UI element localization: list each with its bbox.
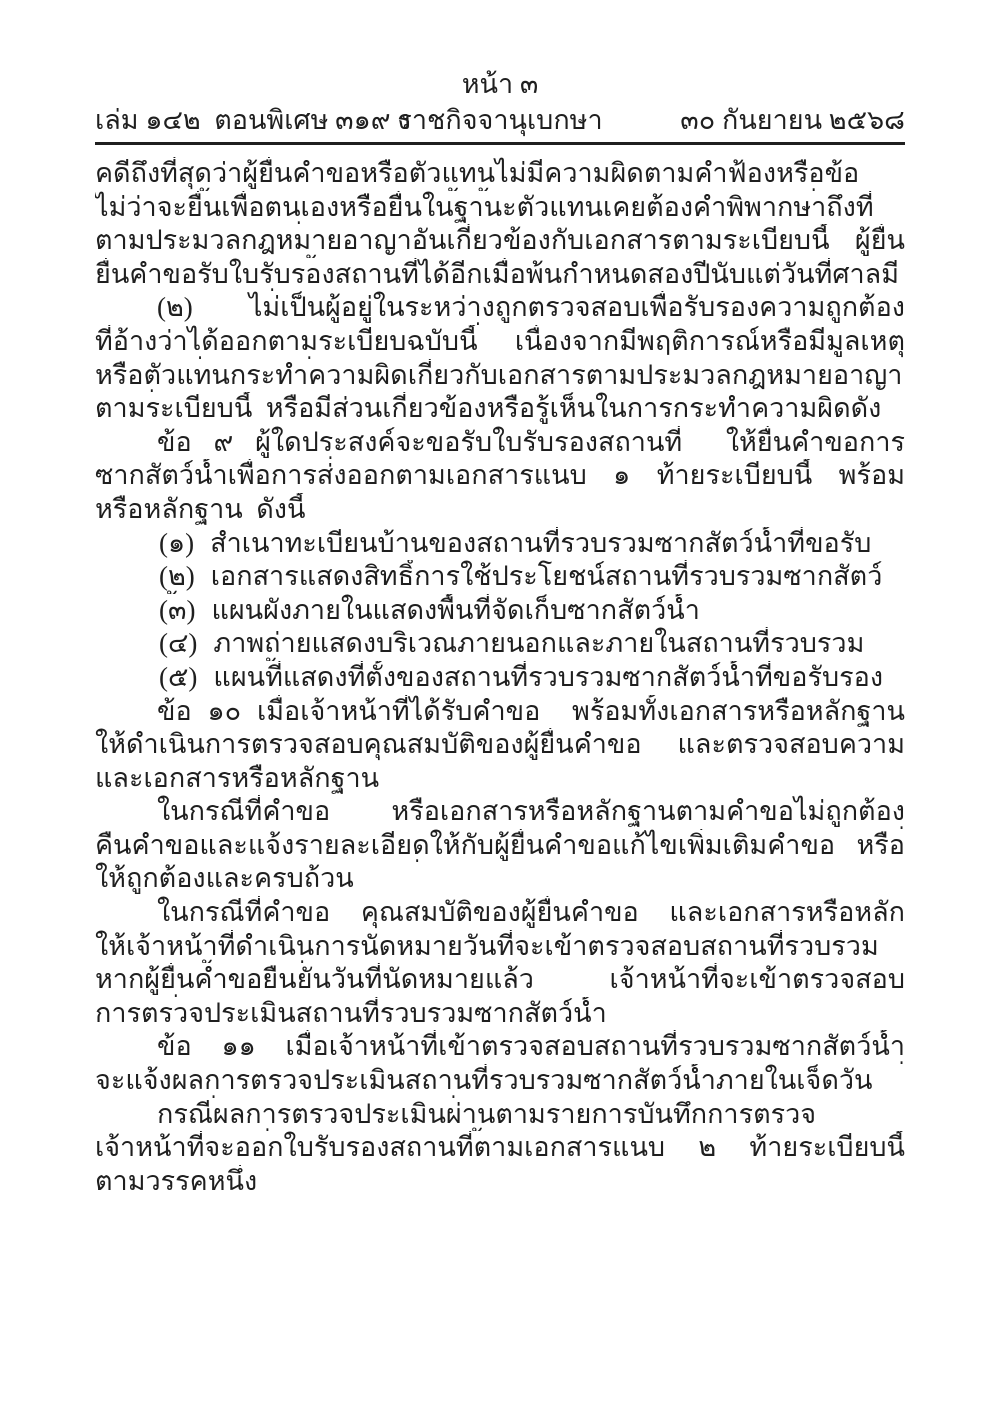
text-line: คืนคำขอและแจ้งรายละเอียดให้กับผู้ยื่นคำข… bbox=[95, 829, 905, 863]
page-content: หน้า ๓ เล่ม ๑๔๒ ตอนพิเศษ ๓๑๙ ง ราชกิจจาน… bbox=[95, 0, 905, 1403]
text-line: ตามวรรคหนึ่ง bbox=[95, 1165, 905, 1199]
list-item: (๑)สำเนาทะเบียนบ้านของสถานที่รวบรวมซากสั… bbox=[95, 527, 905, 561]
list-item-label: (๕) bbox=[159, 661, 197, 695]
text-line: (๔)ภาพถ่ายแสดงบริเวณภายนอกและภายในสถานที… bbox=[95, 627, 905, 661]
text-line: กรณีผลการตรวจประเมินผ่านตามรายการบันทึกก… bbox=[95, 1098, 905, 1132]
text-line: ให้ถูกต้องและครบถ้วน bbox=[95, 862, 905, 896]
text-line: ตามระเบียบนี้ หรือมีส่วนเกี่ยวข้องหรือรู… bbox=[95, 392, 905, 426]
text-line: ในกรณีที่คำขอ หรือเอกสารหรือหลักฐานตามคำ… bbox=[95, 795, 905, 829]
text-line: คดีถึงที่สุดว่าผู้ยื่นคำขอหรือตัวแทนไม่ม… bbox=[95, 157, 905, 191]
masthead-date: ๓๐ กันยายน ๒๕๖๘ bbox=[680, 101, 905, 139]
text-line: จะแจ้งผลการตรวจประเมินสถานที่รวบรวมซากสั… bbox=[95, 1064, 905, 1098]
list-item-text: สำเนาทะเบียนบ้านของสถานที่รวบรวมซากสัตว์… bbox=[159, 528, 871, 561]
list-item-text: แผนผังภายในแสดงพื้นที่จัดเก็บซากสัตว์น้ำ bbox=[211, 595, 699, 625]
list-item: (๒)เอกสารแสดงสิทธิ์การใช้ประโยชน์สถานที่… bbox=[95, 560, 905, 594]
list-item-label: (๓) bbox=[159, 594, 195, 628]
gazette-page: { "document": { "colors": { "background"… bbox=[0, 0, 1000, 1403]
paragraph: กรณีผลการตรวจประเมินผ่านตามรายการบันทึกก… bbox=[95, 1098, 905, 1199]
text-line: (๕)แผนที่แสดงที่ตั้งของสถานที่รวบรวมซากส… bbox=[95, 661, 905, 695]
text-line: และเอกสารหรือหลักฐาน bbox=[95, 762, 905, 796]
paragraph: คดีถึงที่สุดว่าผู้ยื่นคำขอหรือตัวแทนไม่ม… bbox=[95, 157, 905, 291]
page-number: หน้า ๓ bbox=[95, 66, 905, 102]
text-line: (๒) ไม่เป็นผู้อยู่ในระหว่างถูกตรวจสอบเพื… bbox=[95, 291, 905, 325]
text-line: (๒)เอกสารแสดงสิทธิ์การใช้ประโยชน์สถานที่… bbox=[95, 560, 905, 594]
text-line: (๓)แผนผังภายในแสดงพื้นที่จัดเก็บซากสัตว์… bbox=[95, 594, 905, 628]
text-line: หรือหลักฐาน ดังนี้ bbox=[95, 493, 905, 527]
list-item-label: (๔) bbox=[159, 627, 197, 661]
paragraph: ข้อ ๑๑ เมื่อเจ้าหน้าที่เข้าตรวจสอบสถานที… bbox=[95, 1030, 905, 1097]
document-body: คดีถึงที่สุดว่าผู้ยื่นคำขอหรือตัวแทนไม่ม… bbox=[95, 157, 905, 1198]
text-line: ให้ดำเนินการตรวจสอบคุณสมบัติของผู้ยื่นคำ… bbox=[95, 728, 905, 762]
masthead: เล่ม ๑๔๒ ตอนพิเศษ ๓๑๙ ง ราชกิจจานุเบกษา … bbox=[95, 101, 905, 139]
list-item: (๔)ภาพถ่ายแสดงบริเวณภายนอกและภายในสถานที… bbox=[95, 627, 905, 661]
list-item-text: แผนที่แสดงที่ตั้งของสถานที่รวบรวมซากสัตว… bbox=[213, 662, 883, 692]
text-line: ที่อ้างว่าได้ออกตามระเบียบฉบับนี้ เนื่อง… bbox=[95, 325, 905, 359]
text-line: ข้อ ๑๐ เมื่อเจ้าหน้าที่ได้รับคำขอ พร้อมท… bbox=[95, 695, 905, 729]
text-line: (๑)สำเนาทะเบียนบ้านของสถานที่รวบรวมซากสั… bbox=[95, 527, 905, 561]
text-line: ยื่นคำขอรับใบรับรองสถานที่ได้อีกเมื่อพ้น… bbox=[95, 258, 905, 292]
list-item-text: ภาพถ่ายแสดงบริเวณภายนอกและภายในสถานที่รว… bbox=[159, 628, 864, 661]
header-rule bbox=[95, 142, 905, 145]
text-line: ในกรณีที่คำขอ คุณสมบัติของผู้ยื่นคำขอ แล… bbox=[95, 896, 905, 930]
text-line: การตรวจประเมินสถานที่รวบรวมซากสัตว์น้ำ bbox=[95, 997, 905, 1031]
text-line: ข้อ ๙ ผู้ใดประสงค์จะขอรับใบรับรองสถานที่… bbox=[95, 426, 905, 460]
text-line: ข้อ ๑๑ เมื่อเจ้าหน้าที่เข้าตรวจสอบสถานที… bbox=[95, 1030, 905, 1064]
text-line: ไม่ว่าจะยื่นเพื่อตนเองหรือยื่นในฐานะตัวแ… bbox=[95, 191, 905, 225]
list-item: (๓)แผนผังภายในแสดงพื้นที่จัดเก็บซากสัตว์… bbox=[95, 594, 905, 628]
paragraph: ข้อ ๑๐ เมื่อเจ้าหน้าที่ได้รับคำขอ พร้อมท… bbox=[95, 695, 905, 796]
text-line: ซากสัตว์น้ำเพื่อการส่งออกตามเอกสารแนบ ๑ … bbox=[95, 459, 905, 493]
list-item-text: เอกสารแสดงสิทธิ์การใช้ประโยชน์สถานที่รวบ… bbox=[159, 561, 882, 594]
paragraph: ข้อ ๙ ผู้ใดประสงค์จะขอรับใบรับรองสถานที่… bbox=[95, 426, 905, 527]
text-line: หรือตัวแทนกระทำความผิดเกี่ยวกับเอกสารตาม… bbox=[95, 359, 905, 393]
text-line: เจ้าหน้าที่จะออกใบรับรองสถานที่ตามเอกสาร… bbox=[95, 1131, 905, 1165]
text-line: ตามประมวลกฎหมายอาญาอันเกี่ยวข้องกับเอกสา… bbox=[95, 224, 905, 258]
paragraph: (๒) ไม่เป็นผู้อยู่ในระหว่างถูกตรวจสอบเพื… bbox=[95, 291, 905, 425]
text-line: หากผู้ยื่นคำขอยืนยันวันที่นัดหมายแล้ว เจ… bbox=[95, 963, 905, 997]
list-item-label: (๑) bbox=[159, 527, 194, 561]
list-item-label: (๒) bbox=[159, 560, 195, 594]
paragraph: ในกรณีที่คำขอ คุณสมบัติของผู้ยื่นคำขอ แล… bbox=[95, 896, 905, 1030]
text-line: ให้เจ้าหน้าที่ดำเนินการนัดหมายวันที่จะเข… bbox=[95, 930, 905, 964]
list-item: (๕)แผนที่แสดงที่ตั้งของสถานที่รวบรวมซากส… bbox=[95, 661, 905, 695]
paragraph: ในกรณีที่คำขอ หรือเอกสารหรือหลักฐานตามคำ… bbox=[95, 795, 905, 896]
